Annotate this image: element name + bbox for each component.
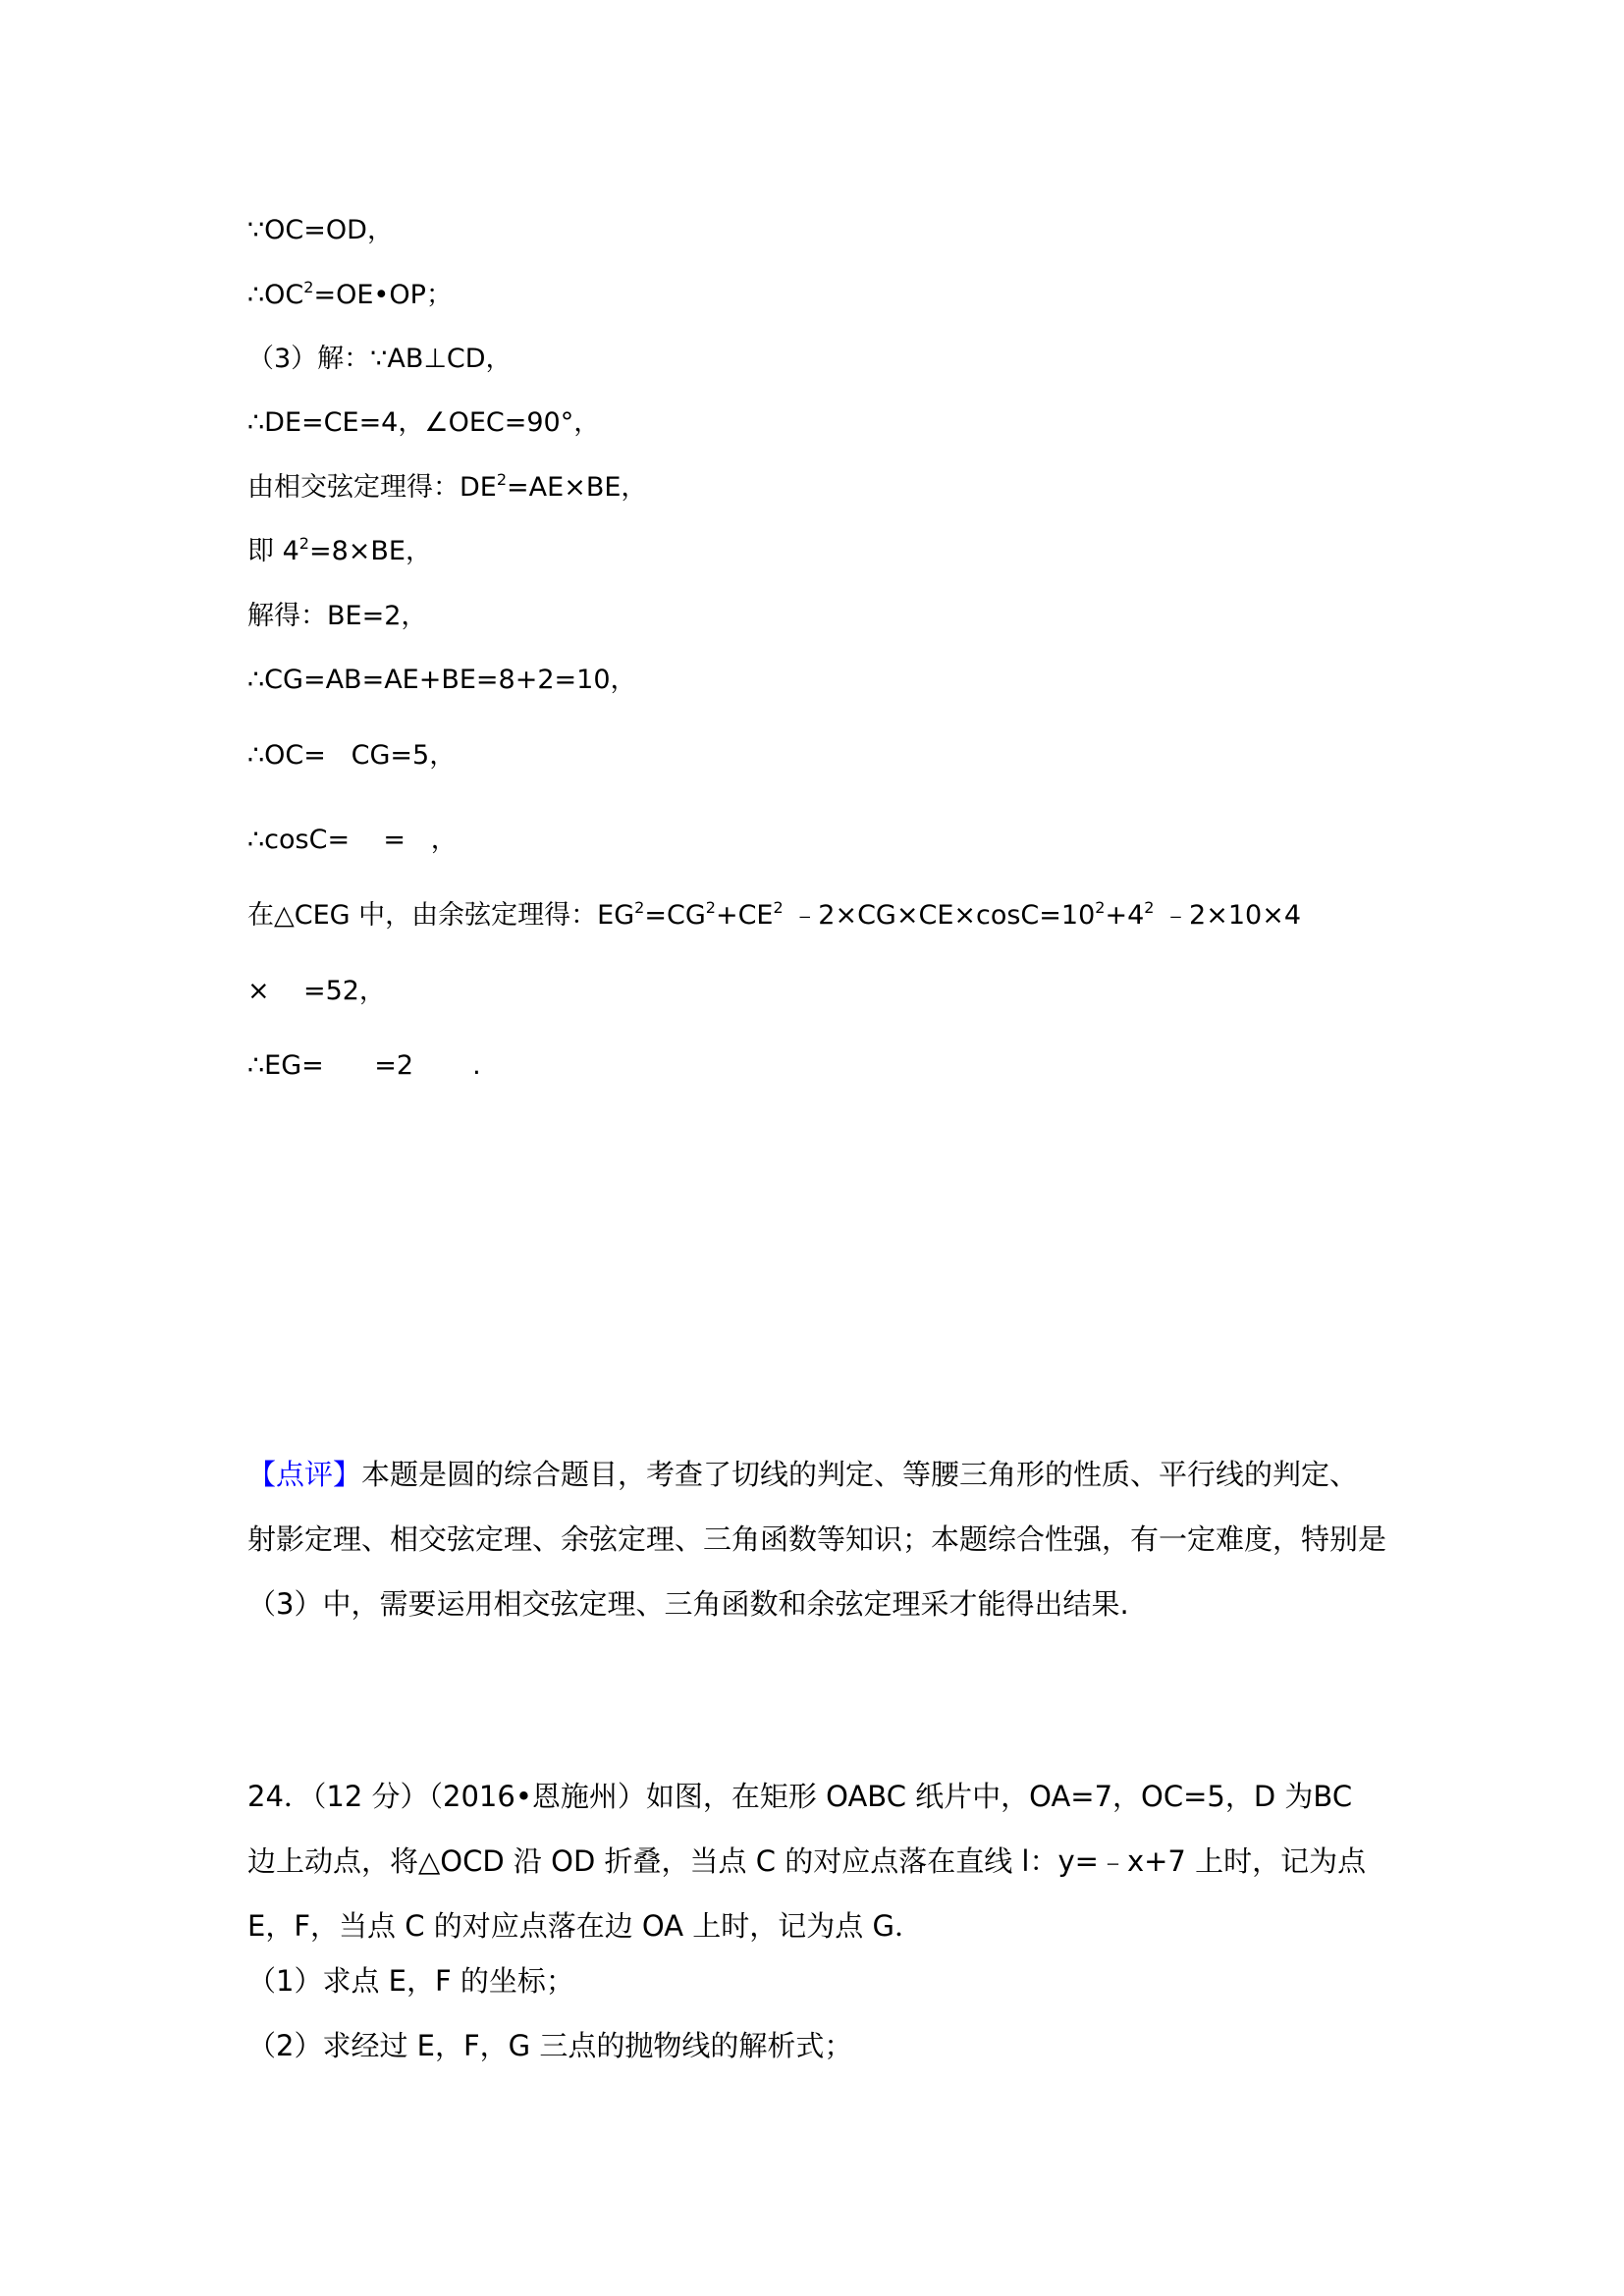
solution-line-7: 解得：BE=2， [247,599,427,634]
comment-label: 【点评】 [247,1458,361,1491]
solution-line-13: ∴EG= =2 . [247,1048,481,1084]
question-24-part-1: （1）求点 E，F 的坐标； [247,1963,574,1999]
question-24-header: 24．（12 分）（2016•恩施州）如图，在矩形 OABC 纸片中，OA=7，… [247,1764,1386,1958]
comment-paragraph: 【点评】本题是圆的综合题目，考查了切线的判定、等腰三角形的性质、平行线的判定、射… [247,1442,1386,1636]
solution-line-10: ∴cosC= = ， [247,823,458,858]
comment-text: 本题是圆的综合题目，考查了切线的判定、等腰三角形的性质、平行线的判定、射影定理、… [247,1458,1386,1621]
solution-line-6: 即 42=8×BE， [247,534,432,569]
solution-line-2: ∴OC2=OE•OP； [247,278,453,313]
solution-line-3: （3）解：∵AB⊥CD， [247,342,513,377]
solution-line-12: × =52， [247,974,386,1009]
document-page: ∵OC=OD， ∴OC2=OE•OP； （3）解：∵AB⊥CD， ∴DE=CE=… [0,0,1624,2296]
solution-line-4: ∴DE=CE=4，∠OEC=90°， [247,405,600,441]
solution-line-9: ∴OC= CG=5， [247,738,456,774]
solution-line-5: 由相交弦定理得：DE2=AE×BE， [247,470,647,506]
question-24-part-2: （2）求经过 E，F，G 三点的抛物线的解析式； [247,2028,852,2063]
solution-line-1: ∵OC=OD， [247,213,394,248]
solution-line-11: 在△CEG 中，由余弦定理得：EG2=CG2+CE2 ﹣2×CG×CE×cosC… [247,898,1301,934]
solution-line-8: ∴CG=AB=AE+BE=8+2=10， [247,663,637,698]
